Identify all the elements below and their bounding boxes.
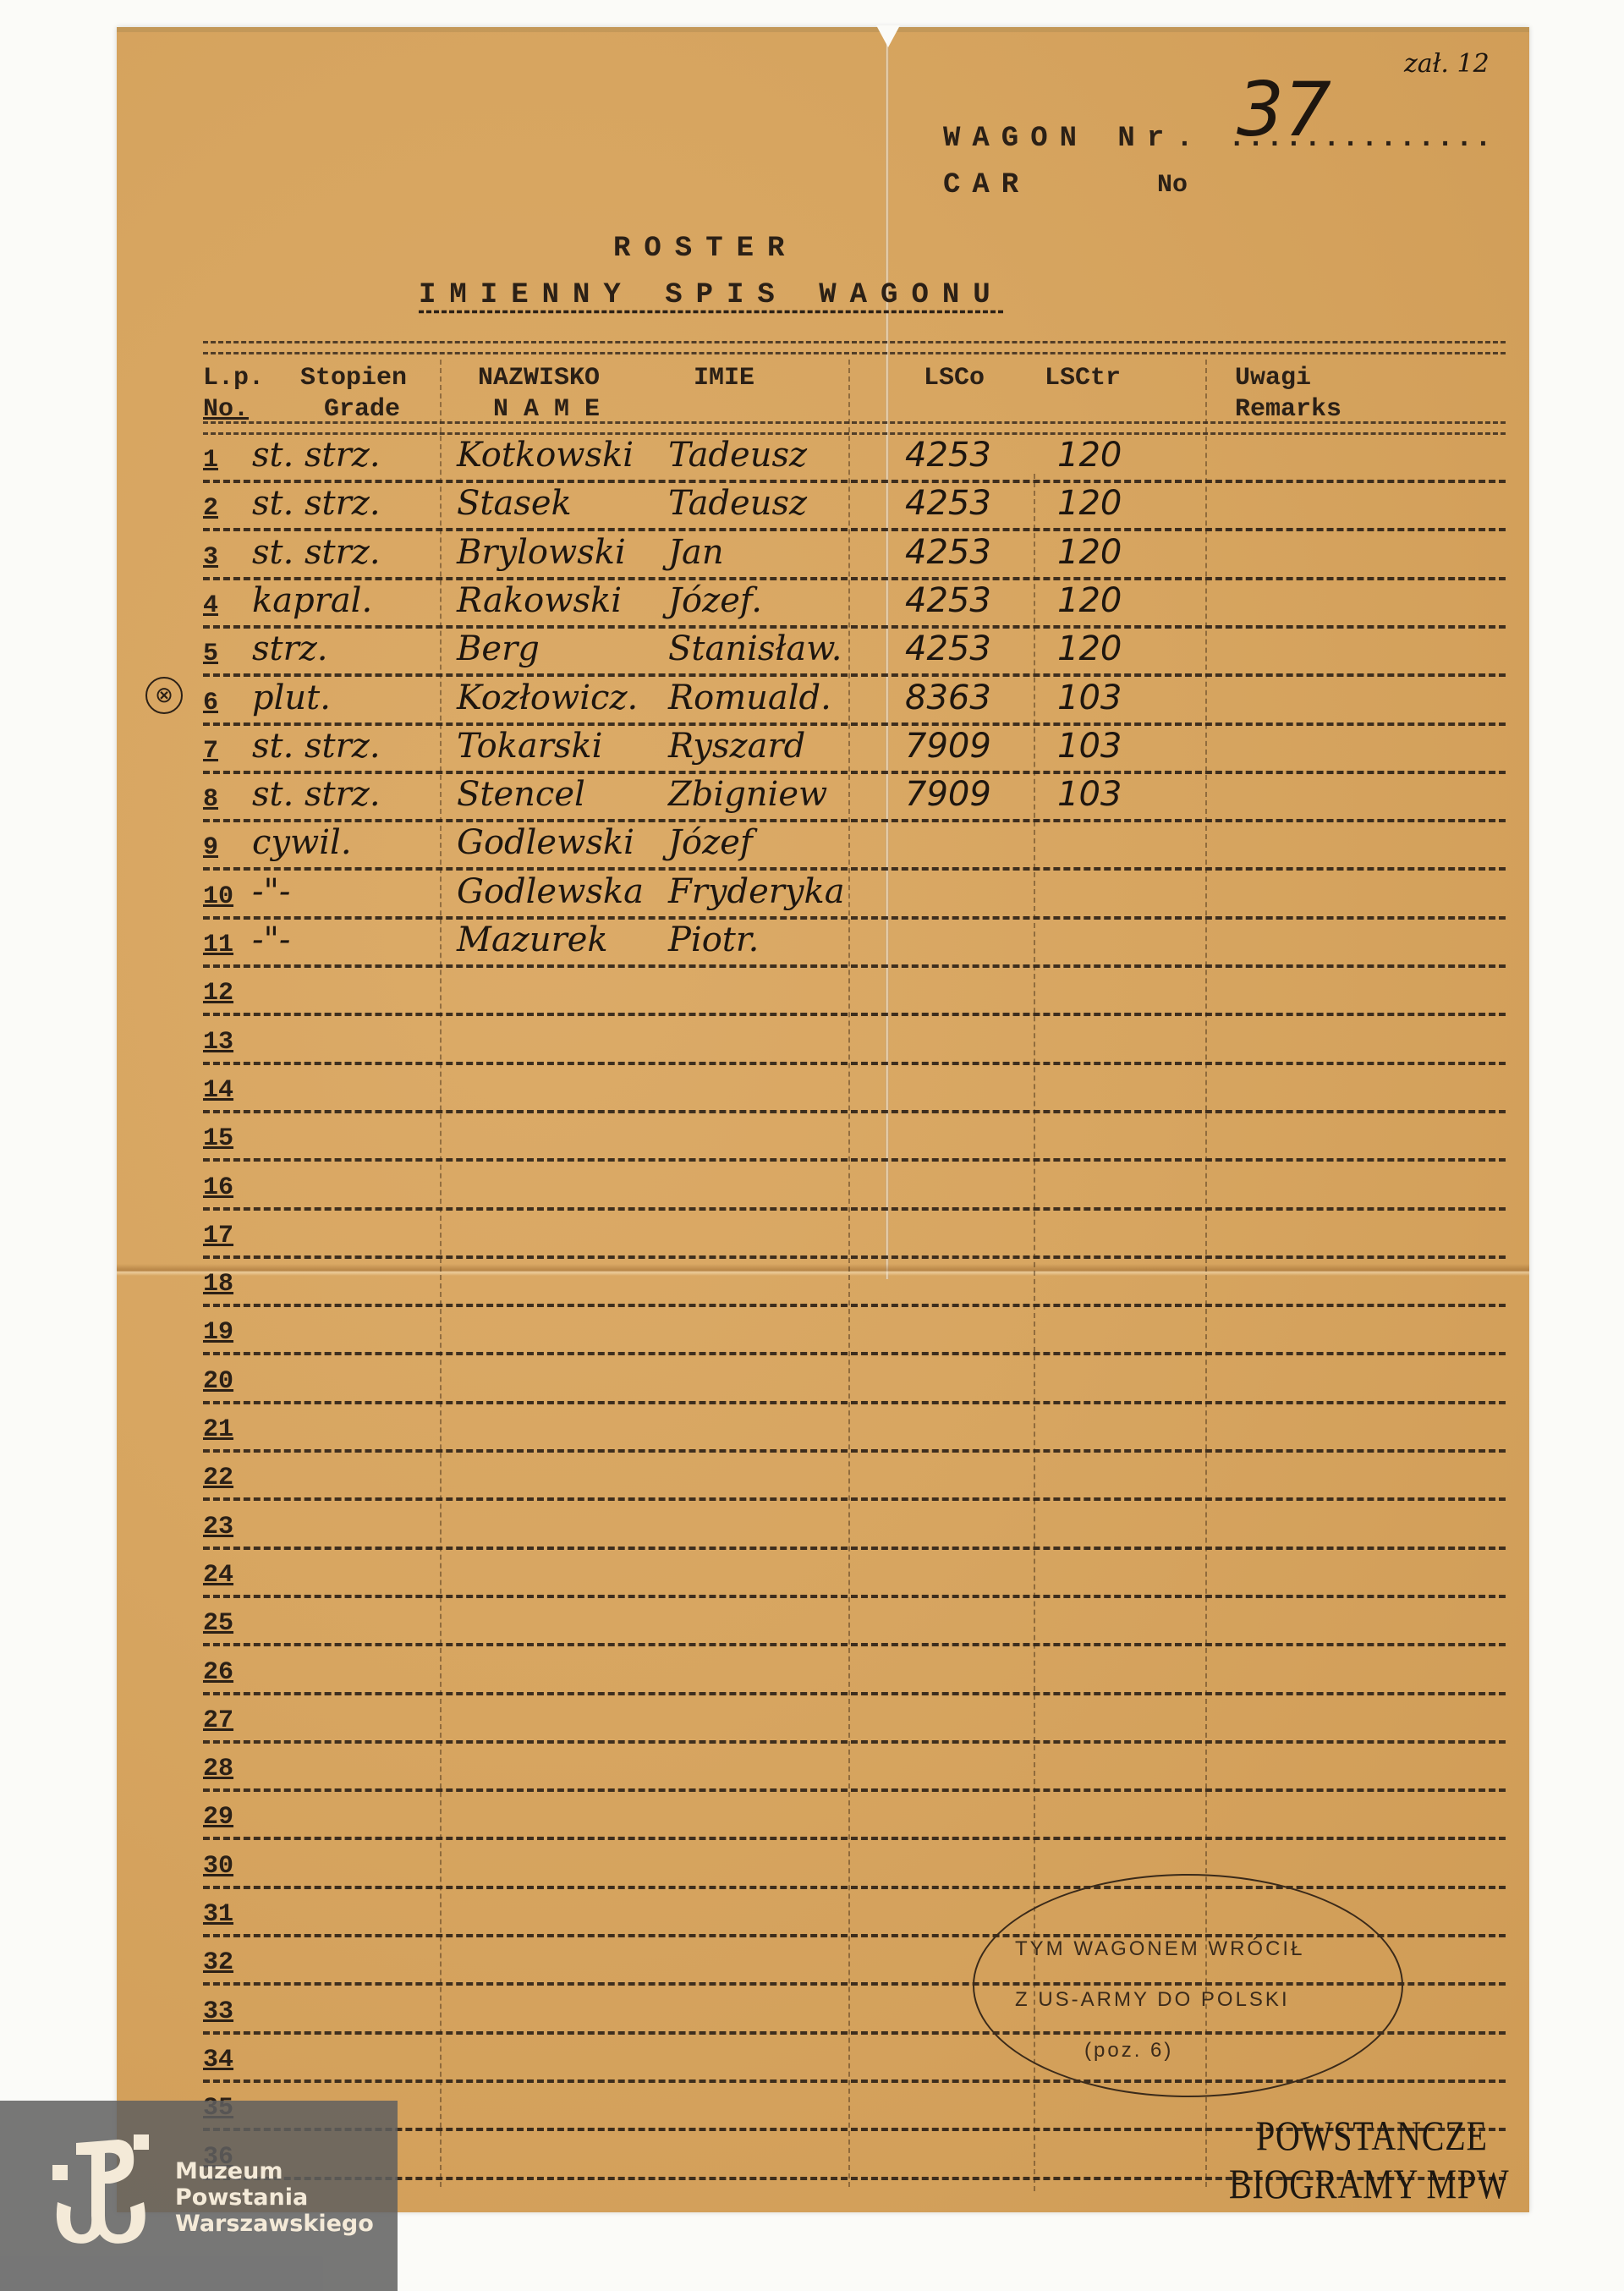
row-lsctr: 120 [1057, 581, 1122, 620]
kotwica-anchor-icon [52, 2134, 150, 2244]
row-rule [203, 1062, 1506, 1065]
row-rule [203, 722, 1506, 726]
car-no-label: No [1157, 171, 1188, 200]
header-lsco: LSCo [924, 364, 985, 393]
row-lsco: 4253 [905, 533, 991, 572]
row-rule [203, 1158, 1506, 1162]
row-rule [203, 1643, 1506, 1646]
row-rule [203, 1547, 1506, 1550]
row-number: 23 [203, 1513, 233, 1541]
row-surname: Stencel [457, 775, 585, 814]
row-first-name: Jan [668, 533, 724, 572]
row-grade: st. strz. [252, 436, 381, 475]
row-number: 26 [203, 1658, 233, 1687]
row-number: 14 [203, 1076, 233, 1105]
vertical-fold-line [886, 27, 889, 1279]
logo-line-1: Muzeum [175, 2158, 374, 2184]
header-lsctr: LSCtr [1045, 364, 1121, 393]
row-lsco: 4253 [905, 436, 991, 475]
row-surname: Mazurek [457, 920, 608, 959]
row-grade: cywil. [252, 823, 352, 862]
paper-top-edge [117, 27, 1529, 32]
logo-line-3: Warszawskiego [175, 2211, 374, 2237]
row-rule [203, 1304, 1506, 1307]
row-number: 33 [203, 1997, 233, 2026]
row-rule [203, 1497, 1506, 1501]
row-rule [203, 819, 1506, 822]
note-line-2: Z US-ARMY DO POLSKI [1015, 1988, 1290, 2012]
row-rule [203, 528, 1506, 531]
title-imienny-spis: IMIENNY SPIS WAGONU [419, 279, 1004, 311]
row-rule [203, 867, 1506, 871]
row-number: 4 [203, 591, 218, 620]
header-name: N A M E [493, 395, 600, 424]
row-surname: Rakowski [457, 581, 622, 620]
row-rule [203, 1449, 1506, 1453]
logo-line-2: Powstania [175, 2184, 374, 2211]
row-first-name: Józef [668, 823, 753, 862]
row-rule [203, 625, 1506, 629]
row-rule [203, 2079, 1506, 2083]
wagon-label: WAGON Nr. [943, 123, 1205, 155]
row-grade: st. strz. [252, 533, 381, 572]
row-number: 13 [203, 1028, 233, 1057]
note-line-3: (poz. 6) [1084, 2039, 1173, 2063]
row-lsco: 4253 [905, 581, 991, 620]
row-lsctr: 120 [1057, 629, 1122, 668]
row-rule [203, 1692, 1506, 1695]
watermark-line-1: POWSTANCZE [1256, 2111, 1488, 2160]
row-lsco: 7909 [905, 775, 991, 814]
row-number: 17 [203, 1222, 233, 1250]
row-first-name: Zbigniew [668, 775, 827, 814]
row-first-name: Romuald. [668, 679, 831, 717]
row-rule [203, 1886, 1506, 1889]
row-surname: Tokarski [457, 727, 602, 766]
row-number: 6 [203, 689, 218, 717]
row-rule [203, 577, 1506, 580]
column-divider-grade [440, 360, 442, 2187]
row-lsco: 4253 [905, 629, 991, 668]
row-number: 31 [203, 1900, 233, 1929]
row-number: 29 [203, 1803, 233, 1832]
row-lsctr: 120 [1057, 533, 1122, 572]
header-uwagi: Uwagi [1235, 364, 1311, 393]
museum-logo-box: Muzeum Powstania Warszawskiego [0, 2101, 398, 2291]
circled-x-mark: ⊗ [145, 677, 183, 714]
header-grade: Grade [324, 395, 400, 424]
row-number: 28 [203, 1755, 233, 1783]
row-rule [203, 1837, 1506, 1840]
watermark-line-2: BIOGRAMY MPW [1229, 2159, 1509, 2208]
row-grade: -"- [252, 920, 290, 959]
row-number: 11 [203, 931, 233, 959]
paper-tear-notch [876, 25, 900, 47]
row-first-name: Piotr. [668, 920, 759, 959]
row-first-name: Józef. [668, 581, 762, 620]
row-number: 9 [203, 833, 218, 862]
column-divider-name [848, 360, 850, 2187]
handwritten-oval-note [973, 1874, 1403, 2097]
row-number: 7 [203, 737, 218, 766]
header-no: No. [203, 395, 249, 424]
row-lsctr: 103 [1057, 679, 1122, 717]
row-rule [203, 916, 1506, 920]
row-surname: Godlewski [457, 823, 634, 862]
row-first-name: Fryderyka [668, 872, 845, 911]
row-lsctr: 103 [1057, 775, 1122, 814]
row-rule [203, 673, 1506, 677]
row-number: 30 [203, 1852, 233, 1881]
row-grade: strz. [252, 629, 328, 668]
row-number: 15 [203, 1124, 233, 1153]
row-grade: kapral. [252, 581, 372, 620]
row-number: 32 [203, 1948, 233, 1977]
row-rule [203, 1110, 1506, 1113]
row-rule [203, 1788, 1506, 1792]
row-number: 3 [203, 543, 218, 572]
row-number: 24 [203, 1561, 233, 1590]
header-nazwisko: NAZWISKO [478, 364, 600, 393]
row-first-name: Tadeusz [668, 484, 807, 523]
row-rule [203, 1352, 1506, 1355]
row-number: 21 [203, 1415, 233, 1444]
row-number: 25 [203, 1609, 233, 1638]
row-number: 20 [203, 1367, 233, 1396]
row-lsco: 4253 [905, 484, 991, 523]
row-surname: Berg [457, 629, 540, 668]
row-number: 1 [203, 446, 218, 475]
row-number: 2 [203, 494, 218, 523]
logo-text: Muzeum Powstania Warszawskiego [175, 2158, 374, 2237]
row-number: 18 [203, 1270, 233, 1299]
row-lsco: 8363 [905, 679, 991, 717]
wagon-dots: .............. [1228, 123, 1494, 155]
row-rule [203, 1595, 1506, 1598]
row-lsctr: 120 [1057, 436, 1122, 475]
row-surname: Brylowski [457, 533, 626, 572]
row-number: 10 [203, 882, 233, 911]
row-surname: Stasek [457, 484, 572, 523]
title-roster: ROSTER [613, 233, 798, 265]
header-imie: IMIE [694, 364, 754, 393]
note-line-1: TYM WAGONEM WRÓCIŁ [1015, 1937, 1304, 1961]
row-grade: -"- [252, 872, 290, 911]
row-number: 5 [203, 640, 218, 668]
row-number: 19 [203, 1318, 233, 1347]
car-label: CAR [943, 169, 1030, 201]
header-stopien: Stopien [300, 364, 407, 393]
row-grade: plut. [252, 679, 331, 717]
row-number: 12 [203, 979, 233, 1008]
row-lsctr: 120 [1057, 484, 1122, 523]
header-remarks: Remarks [1235, 395, 1341, 424]
row-number: 22 [203, 1464, 233, 1492]
header-lp: L.p. [203, 364, 264, 393]
horizontal-crease [117, 1264, 1529, 1276]
row-surname: Kotkowski [457, 436, 634, 475]
row-first-name: Tadeusz [668, 436, 807, 475]
annotation-zal: zał. 12 [1404, 49, 1490, 79]
row-rule [203, 1255, 1506, 1259]
row-number: 8 [203, 785, 218, 814]
row-rule [203, 1740, 1506, 1744]
row-first-name: Ryszard [668, 727, 805, 766]
row-grade: st. strz. [252, 727, 381, 766]
row-rule [203, 964, 1506, 968]
row-lsco: 7909 [905, 727, 991, 766]
row-rule [203, 1401, 1506, 1404]
row-first-name: Stanisław. [668, 629, 842, 668]
row-surname: Kozłowicz. [457, 679, 638, 717]
row-number: 34 [203, 2046, 233, 2074]
row-grade: st. strz. [252, 775, 381, 814]
row-grade: st. strz. [252, 484, 381, 523]
row-rule [203, 1013, 1506, 1016]
header-top-rule [203, 341, 1506, 354]
row-number: 16 [203, 1173, 233, 1202]
row-number: 27 [203, 1706, 233, 1735]
row-lsctr: 103 [1057, 727, 1122, 766]
row-rule [203, 771, 1506, 774]
row-surname: Godlewska [457, 872, 644, 911]
roster-document [117, 27, 1529, 2212]
row-rule [203, 1207, 1506, 1211]
row-rule [203, 480, 1506, 483]
